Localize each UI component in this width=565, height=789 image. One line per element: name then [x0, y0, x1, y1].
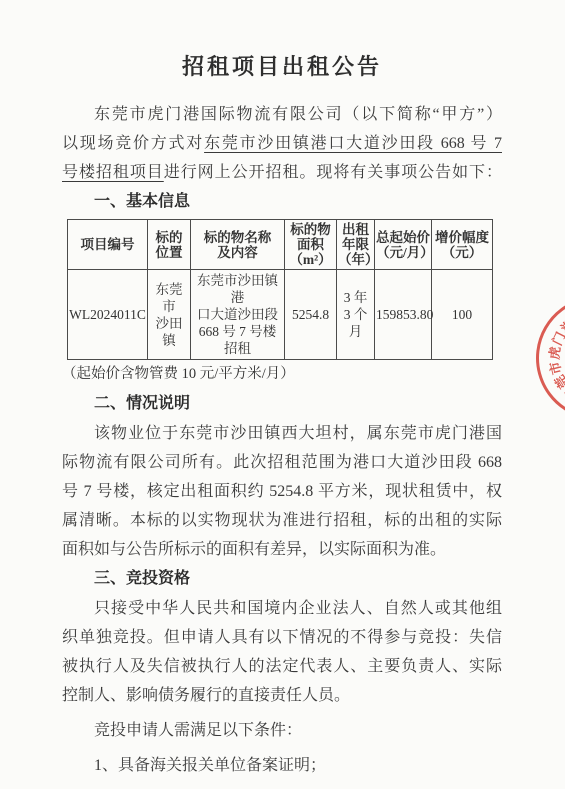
- column-header: 标的物 面积 （m²）: [285, 220, 337, 270]
- basic-info-table: 项目编号 标的 位置 标的物名称 及内容 标的物 面积 （m²） 出租 年限 （…: [67, 219, 493, 360]
- text-segment: 以现场竞价方式对: [62, 135, 204, 152]
- text-line: 面积如与公告所标示的面积有差异，以实际面积为准。: [62, 535, 502, 564]
- table-cell-name: 东莞市沙田镇港 口大道沙田段 668 号 7 号楼招租: [191, 270, 285, 360]
- text-line: 东莞市虎门港国际物流有限公司（以下简称“甲方”）: [62, 100, 502, 129]
- table-note: （起始价含物管费 10 元/平方米/月）: [62, 363, 502, 385]
- table-cell-start-price: 159853.80: [375, 270, 432, 360]
- text-line: 号 7 号楼，核定出租面积约 5254.8 平方米，现状租赁中，权: [62, 477, 502, 506]
- section-qualification-heading: 三、竞投资格: [62, 568, 502, 590]
- qualification-paragraph: 只接受中华人民共和国境内企业法人、自然人或其他组 织单独竞投。但申请人具有以下情…: [62, 594, 502, 710]
- conditions-intro: 竞投申请人需满足以下条件：: [62, 716, 502, 745]
- text-segment: 进行网上公开招租。现将有关事项公告如下：: [164, 164, 502, 181]
- document-title: 招租项目出租公告: [62, 50, 502, 82]
- column-header: 出租 年限 （年）: [337, 220, 375, 270]
- description-paragraph: 该物业位于东莞市沙田镇西大坦村，属东莞市虎门港国 际物流有限公司所有。此次招租范…: [62, 419, 502, 564]
- text-line: 被执行人及失信被执行人的法定代表人、主要负责人、实际: [62, 652, 502, 681]
- intro-paragraph: 东莞市虎门港国际物流有限公司（以下简称“甲方”） 以现场竞价方式对东莞市沙田镇港…: [62, 100, 502, 187]
- column-header: 标的物名称 及内容: [191, 220, 285, 270]
- table-cell-increment: 100: [432, 270, 493, 360]
- text-line: 控制人、影响债务履行的直接责任人员。: [62, 681, 502, 710]
- table-cell-area: 5254.8: [285, 270, 337, 360]
- table-cell-term: 3 年 3 个月: [337, 270, 375, 360]
- table-cell-location: 东莞市 沙田镇: [148, 270, 191, 360]
- text-line: 该物业位于东莞市沙田镇西大坦村，属东莞市虎门港国: [62, 419, 502, 448]
- section-basic-info-heading: 一、基本信息: [62, 191, 502, 213]
- table-row: WL2024011C 东莞市 沙田镇 东莞市沙田镇港 口大道沙田段 668 号 …: [68, 270, 493, 360]
- underlined-address: 号楼招租项目: [62, 164, 164, 181]
- column-header: 标的 位置: [148, 220, 191, 270]
- text-line: 织单独竞投。但申请人具有以下情况的不得参与竞投：失信: [62, 623, 502, 652]
- text-line: 属清晰。本标的以实物现状为准进行招租，标的出租的实际: [62, 506, 502, 535]
- table-header-row: 项目编号 标的 位置 标的物名称 及内容 标的物 面积 （m²） 出租 年限 （…: [68, 220, 493, 270]
- text-line: 际物流有限公司所有。此次招租范围为港口大道沙田段 668: [62, 448, 502, 477]
- document-content: 招租项目出租公告 东莞市虎门港国际物流有限公司（以下简称“甲方”） 以现场竞价方…: [62, 0, 502, 780]
- condition-item-1: 1、具备海关报关单位备案证明；: [62, 751, 502, 780]
- column-header: 总起始价 （元/月）: [375, 220, 432, 270]
- column-header: 项目编号: [68, 220, 148, 270]
- table-cell-project-id: WL2024011C: [68, 270, 148, 360]
- text-line: 以现场竞价方式对东莞市沙田镇港口大道沙田段 668 号 7: [62, 129, 502, 158]
- text-line: 只接受中华人民共和国境内企业法人、自然人或其他组: [62, 594, 502, 623]
- column-header: 增价幅度 （元）: [432, 220, 493, 270]
- text-line: 号楼招租项目进行网上公开招租。现将有关事项公告如下：: [62, 158, 502, 187]
- underlined-address: 东莞市沙田镇港口大道沙田段 668 号 7: [204, 135, 502, 152]
- scanned-announcement-page: 招租项目出租公告 东莞市虎门港国际物流有限公司（以下简称“甲方”） 以现场竞价方…: [0, 0, 565, 789]
- section-description-heading: 二、情况说明: [62, 393, 502, 415]
- company-seal: 东莞市虎门港国际物流有限公司: [522, 282, 565, 434]
